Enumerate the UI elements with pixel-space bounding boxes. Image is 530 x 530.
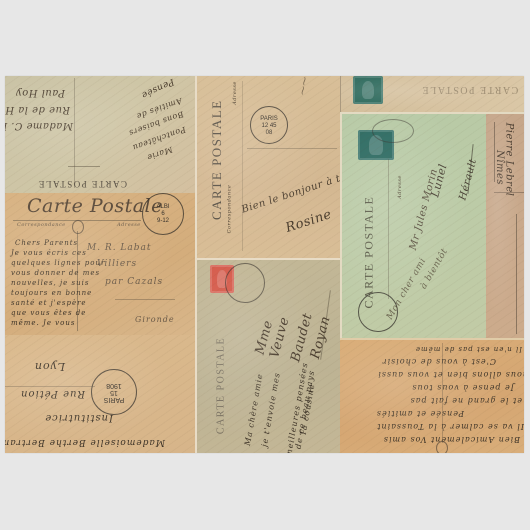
message-line: C'est à vous de choisir (382, 357, 496, 366)
card-heading: CARTE POSTALE (216, 336, 227, 436)
postcard-center-top: CARTE POSTALE Adresse Correspondance PAR… (195, 76, 340, 258)
message-line: Il va se calmer à la Toussaint (376, 422, 524, 431)
card-heading: CARTE POSTALE (421, 84, 518, 95)
decoupage-paper: CARTE POSTALE Paul Hoy Rue de la Hau Mad… (5, 76, 524, 453)
postmark-text: ALBI (156, 204, 169, 210)
message-line: que vous êtes de (11, 309, 86, 317)
postcard-right-strip: Pierre Lebrel Nîmes (486, 112, 524, 338)
postcard-left-middle: Carte Postale Correspondance Adresse ALB… (5, 193, 195, 335)
message-line: Rosine (284, 207, 334, 236)
address-line: par Cazals (105, 277, 163, 287)
message-line: Je vous écris ces (11, 249, 87, 257)
message-line: nouvelles, je suis (11, 279, 89, 287)
postmark (372, 119, 414, 143)
postmark-text: PARIS (104, 396, 125, 403)
postmark: ALBI69-12 (142, 193, 184, 235)
postcard-top-left: CARTE POSTALE Paul Hoy Rue de la Hau Mad… (5, 76, 195, 193)
message-line: Pensée (139, 76, 175, 100)
message-line: Il n'en est pas de même (415, 345, 522, 353)
message-line: et le grand ne fait pas (410, 396, 522, 405)
message-line: Mon cher ami (385, 256, 428, 321)
address-line: Gironde (135, 315, 175, 324)
message-line: Pensée et amitiés (376, 409, 464, 418)
stamp-green (353, 76, 383, 104)
address-line: Pierre Lebrel (503, 123, 514, 197)
message-line: vous donner de mes (11, 269, 100, 277)
message-line: je t'envoie mes (260, 371, 282, 447)
address-line: M. R. Labat (87, 243, 152, 253)
postcard-bottom-left: PARIS151908 Mademoiselle Berthe Bertrand… (5, 335, 195, 453)
card-heading: CARTE POSTALE (38, 179, 128, 189)
postmark-text: 08 (266, 130, 273, 136)
card-heading: CARTE POSTALE (209, 100, 225, 220)
label-adresse: Adresse (232, 81, 238, 105)
address-line: Madame C. Hu (5, 120, 73, 131)
postmark (225, 263, 265, 303)
address-line: Rue de la Hau (5, 104, 70, 115)
postmark: PARIS12 4508 (250, 106, 288, 144)
address-line: Rue Pétion (20, 388, 85, 399)
postcard-top-right-strip: CARTE POSTALE (340, 76, 524, 112)
address-line: Villiers (97, 259, 137, 269)
message-line: Bien Amicalement Vos amis (383, 435, 520, 444)
postcard-right-green: CARTE POSTALE Adresse Mr Jules Morin Lun… (340, 112, 486, 338)
address-line: Nîmes (494, 150, 505, 185)
postmark-text: 12 45 (261, 123, 276, 129)
label-correspondance: Correspondance (17, 222, 66, 228)
postmark-text: PARIS (260, 116, 278, 122)
postmark: PARIS151908 (91, 369, 137, 415)
label-adresse: Adresse (117, 222, 141, 228)
message-line: toujours en bonne (11, 289, 92, 297)
message-line: nous allons bien et vous aussi (377, 370, 524, 379)
postmark-text: 9-12 (157, 218, 169, 224)
message-line: Chers Parents (15, 239, 78, 247)
address-line: Lyon (34, 360, 65, 373)
seal-icon (72, 220, 84, 234)
label-correspondance: Correspondance (226, 185, 232, 234)
message-line: Je pense à vous tous (411, 383, 514, 392)
postmark-text: 15 (110, 389, 118, 396)
message-line: santé et j'espère (11, 299, 87, 307)
postmark-text: 1908 (106, 382, 122, 389)
message-line: Marie (146, 145, 174, 163)
address-line: Mademoiselle Berthe Bertrand (5, 437, 165, 447)
postcard-center-bottom: CARTE POSTALE Mme Veuve Baudet Royan Ma … (195, 258, 340, 453)
address-line: Paul Hoy (16, 87, 65, 98)
postmark-text: 6 (161, 211, 164, 217)
message-line: quelques lignes pour (11, 259, 105, 267)
faded-text: ⁓⁓⁓ (298, 76, 313, 96)
postcard-bottom-right: Il n'en est pas de même C'est à vous de … (340, 338, 524, 453)
message-line: même. Je vous (11, 319, 75, 327)
label-adresse: Adresse (397, 175, 403, 199)
address-line: Institutrice (44, 412, 113, 423)
